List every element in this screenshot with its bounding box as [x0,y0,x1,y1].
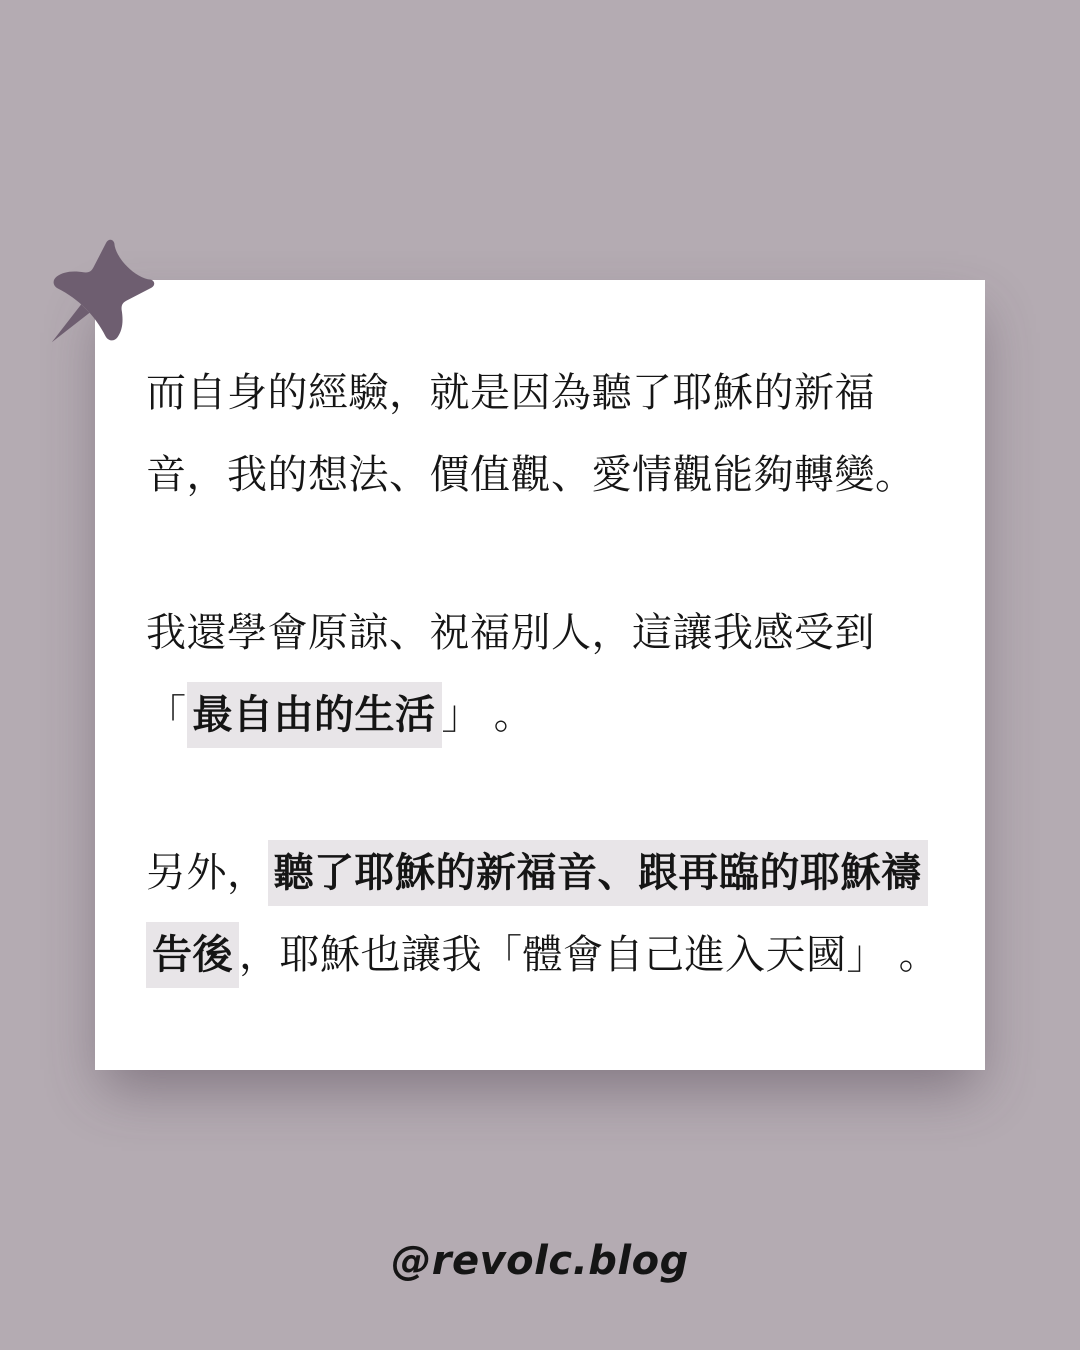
account-handle: @revolc.blog [0,1238,1080,1284]
paragraph: 我還學會原諒、祝福別人，這讓我感受到「最自由的生活」 。 [146,592,957,756]
pushpin-icon [25,237,157,369]
text-line: 另外，聽了耶穌的新福音、跟再臨的耶穌禱 [146,832,957,914]
text-line: 我還學會原諒、祝福別人，這讓我感受到 [146,592,957,674]
note-card: 而自身的經驗，就是因為聽了耶穌的新福音，我的想法、價值觀、愛情觀能夠轉變。我還學… [95,280,985,1070]
text-segment: 我還學會原諒、祝福別人，這讓我感受到 [146,611,875,655]
text-line: 「最自由的生活」 。 [146,674,957,756]
highlighted-text: 聽了耶穌的新福音、跟再臨的耶穌禱 [268,840,928,906]
text-line: 而自身的經驗，就是因為聽了耶穌的新福 [146,352,957,434]
text-segment: ，耶穌也讓我「體會自己進入天國」 。 [239,933,939,977]
post-canvas: 而自身的經驗，就是因為聽了耶穌的新福音，我的想法、價值觀、愛情觀能夠轉變。我還學… [0,0,1080,1350]
text-segment: 音，我的想法、價值觀、愛情觀能夠轉變。 [146,453,916,497]
text-line: 音，我的想法、價值觀、愛情觀能夠轉變。 [146,434,957,516]
text-segment: 「 [146,693,187,737]
highlighted-text: 告後 [146,922,239,988]
paragraph: 另外，聽了耶穌的新福音、跟再臨的耶穌禱告後，耶穌也讓我「體會自己進入天國」 。 [146,832,957,996]
text-segment: 而自身的經驗，就是因為聽了耶穌的新福 [146,371,875,415]
highlighted-text: 最自由的生活 [187,682,442,748]
paragraph: 而自身的經驗，就是因為聽了耶穌的新福音，我的想法、價值觀、愛情觀能夠轉變。 [146,352,957,516]
text-segment: 」 。 [442,693,535,737]
text-segment: 另外， [146,851,268,895]
text-line: 告後，耶穌也讓我「體會自己進入天國」 。 [146,914,957,996]
note-text-block: 而自身的經驗，就是因為聽了耶穌的新福音，我的想法、價值觀、愛情觀能夠轉變。我還學… [146,352,957,996]
